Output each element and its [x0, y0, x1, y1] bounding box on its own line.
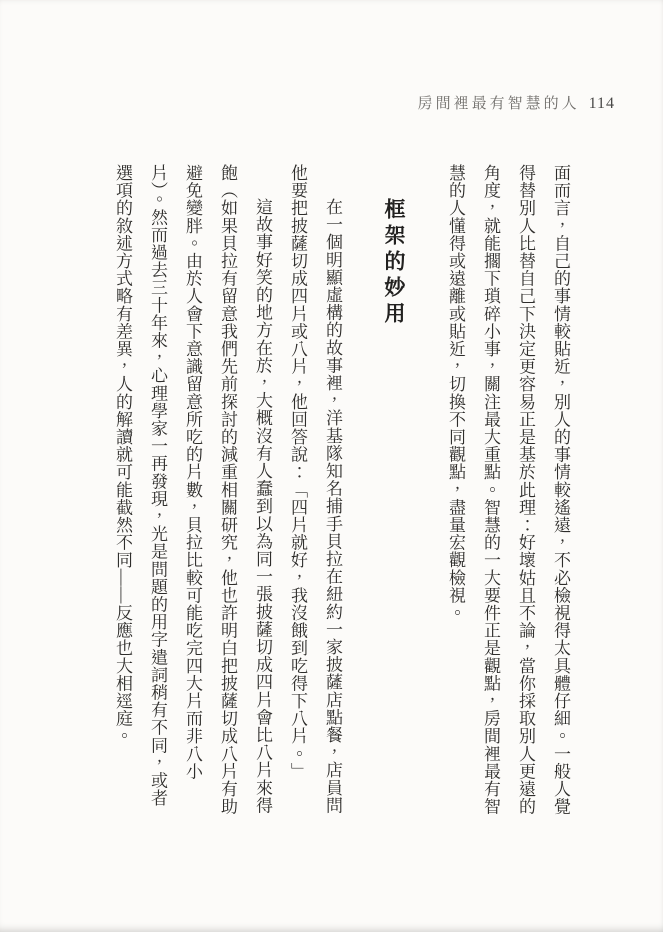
paragraph-continued: 面而言，自己的事情較貼近，別人的事情較遙遠，不必檢視得太具體仔細。一般人覺得替別…	[438, 164, 578, 818]
running-header: 房間裡最有智慧的人 114	[418, 92, 615, 113]
section-heading: 框架的妙用	[374, 164, 414, 818]
book-page: 房間裡最有智慧的人 114 面而言，自己的事情較貼近，別人的事情較遙遠，不必檢視…	[0, 0, 663, 932]
page-number: 114	[589, 95, 615, 113]
page-body-vertical-text: 面而言，自己的事情較貼近，別人的事情較遙遠，不必檢視得太具體仔細。一般人覺得替別…	[105, 164, 578, 818]
paragraph-analysis: 這故事好笑的地方在於，大概沒有人蠢到以為同一張披薩切成四片會比八片來得飽（如果貝…	[105, 164, 280, 818]
book-title: 房間裡最有智慧的人	[418, 92, 580, 113]
paragraph-story: 在一個明顯虛構的故事裡，洋基隊知名捕手貝拉在紐約一家披薩店點餐，店員問他要把披薩…	[280, 164, 350, 818]
